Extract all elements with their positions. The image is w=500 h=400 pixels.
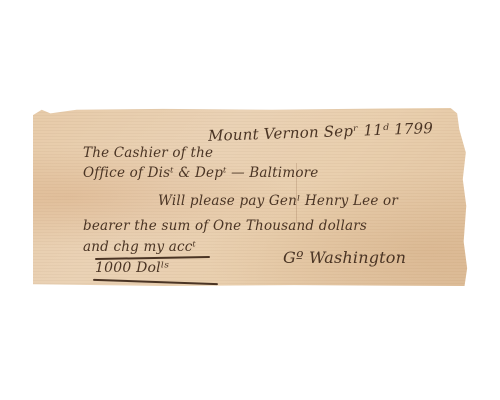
dateline: Mount Vernon Sepʳ 11ᵈ 1799: [208, 119, 434, 145]
amount: 1000 Dolˡˢ: [95, 260, 169, 276]
addressee-line-2: Office of Disᵗ & Depᵗ — Baltimore: [83, 165, 319, 181]
amount-underline-bottom: [93, 279, 218, 285]
instruction-line: Will please pay Genˡ Henry Lee or: [158, 193, 398, 209]
document-paper: Mount Vernon Sepʳ 11ᵈ 1799 The Cashier o…: [33, 108, 468, 286]
amount-underline-top: [95, 256, 210, 260]
signature: Gº Washington: [283, 248, 406, 267]
addressee-line-1: The Cashier of the: [83, 145, 213, 161]
sum-line: bearer the sum of One Thousand dollars: [83, 218, 367, 234]
account-line: and chg my accᵗ: [83, 239, 196, 255]
